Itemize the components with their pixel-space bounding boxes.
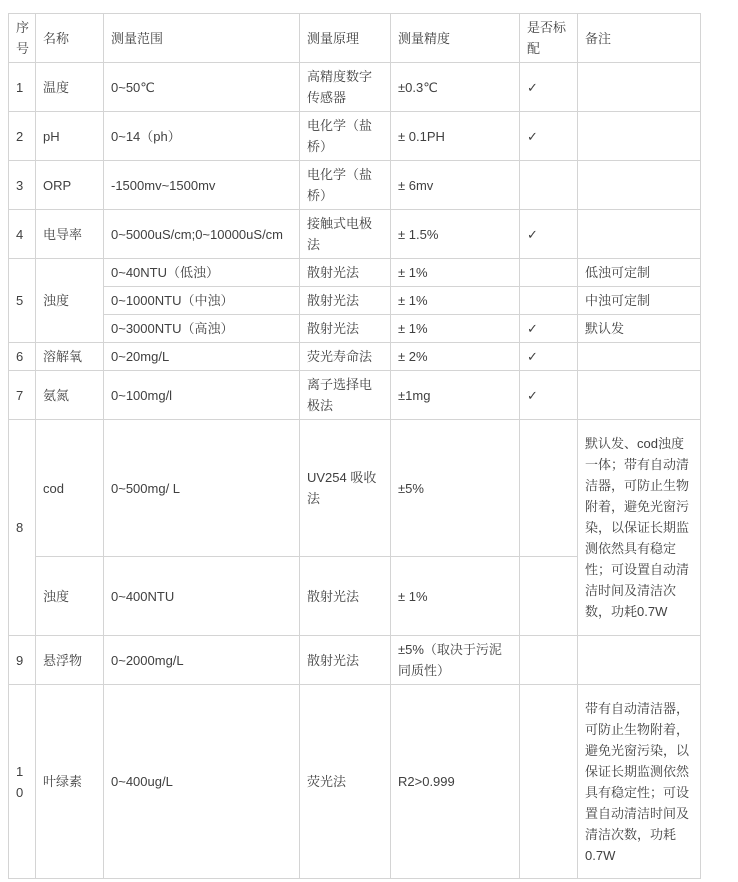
table-row: 9 悬浮物 0~2000mg/L 散射光法 ±5%（取决于污泥同质性） bbox=[9, 636, 701, 685]
document-page: 序号 名称 测量范围 测量原理 测量精度 是否标配 备注 1 温度 0~50℃ … bbox=[0, 0, 738, 882]
principle-cell: 散射光法 bbox=[300, 315, 391, 343]
remark-cell: 默认发 bbox=[578, 315, 701, 343]
header-seq: 序号 bbox=[9, 14, 36, 63]
principle-cell: 电化学（盐桥） bbox=[300, 112, 391, 161]
seq-cell: 7 bbox=[9, 371, 36, 420]
range-cell: 0~1000NTU（中浊） bbox=[104, 287, 300, 315]
header-remark: 备注 bbox=[578, 14, 701, 63]
sensor-spec-table: 序号 名称 测量范围 测量原理 测量精度 是否标配 备注 1 温度 0~50℃ … bbox=[8, 13, 701, 879]
remark-cell bbox=[578, 636, 701, 685]
remark-cell: 低浊可定制 bbox=[578, 259, 701, 287]
table-row: 4 电导率 0~5000uS/cm;0~10000uS/cm 接触式电极法 ± … bbox=[9, 210, 701, 259]
name-cell: 溶解氧 bbox=[36, 343, 104, 371]
remark-cell: 默认发、cod浊度一体；带有自动清洁器，可防止生物附着，避免光窗污染，以保证长期… bbox=[578, 420, 701, 636]
standard-check-cell: ✓ bbox=[520, 63, 578, 112]
remark-cell bbox=[578, 63, 701, 112]
standard-check-cell bbox=[520, 259, 578, 287]
seq-cell: 6 bbox=[9, 343, 36, 371]
table-row: 1 温度 0~50℃ 高精度数字传感器 ±0.3℃ ✓ bbox=[9, 63, 701, 112]
table-row: 3 ORP -1500mv~1500mv 电化学（盐桥） ± 6mv bbox=[9, 161, 701, 210]
range-cell: 0~5000uS/cm;0~10000uS/cm bbox=[104, 210, 300, 259]
seq-cell: 8 bbox=[9, 420, 36, 636]
remark-cell bbox=[578, 371, 701, 420]
accuracy-cell: R2>0.999 bbox=[391, 685, 520, 879]
table-row: 10 叶绿素 0~400ug/L 荧光法 R2>0.999 带有自动清洁器，可防… bbox=[9, 685, 701, 879]
table-row: 0~1000NTU（中浊） 散射光法 ± 1% 中浊可定制 bbox=[9, 287, 701, 315]
name-cell: cod bbox=[36, 420, 104, 557]
principle-cell: 散射光法 bbox=[300, 287, 391, 315]
header-principle: 测量原理 bbox=[300, 14, 391, 63]
header-name: 名称 bbox=[36, 14, 104, 63]
principle-cell: 电化学（盐桥） bbox=[300, 161, 391, 210]
principle-cell: 散射光法 bbox=[300, 259, 391, 287]
range-cell: 0~14（ph） bbox=[104, 112, 300, 161]
remark-cell: 带有自动清洁器，可防止生物附着，避免光窗污染，以保证长期监测依然具有稳定性；可设… bbox=[578, 685, 701, 879]
name-cell: 氨氮 bbox=[36, 371, 104, 420]
header-standard: 是否标配 bbox=[520, 14, 578, 63]
name-cell: 浊度 bbox=[36, 557, 104, 636]
standard-check-cell bbox=[520, 161, 578, 210]
range-cell: 0~40NTU（低浊） bbox=[104, 259, 300, 287]
standard-check-cell bbox=[520, 420, 578, 557]
header-accuracy: 测量精度 bbox=[391, 14, 520, 63]
table-row: 5 浊度 0~40NTU（低浊） 散射光法 ± 1% 低浊可定制 bbox=[9, 259, 701, 287]
remark-cell bbox=[578, 112, 701, 161]
table-row: 0~3000NTU（高浊） 散射光法 ± 1% ✓ 默认发 bbox=[9, 315, 701, 343]
accuracy-cell: ±5%（取决于污泥同质性） bbox=[391, 636, 520, 685]
seq-cell: 5 bbox=[9, 259, 36, 343]
name-cell: ORP bbox=[36, 161, 104, 210]
standard-check-cell bbox=[520, 557, 578, 636]
table-row: 7 氨氮 0~100mg/l 离子选择电极法 ±1mg ✓ bbox=[9, 371, 701, 420]
accuracy-cell: ± 1% bbox=[391, 557, 520, 636]
range-cell: 0~20mg/L bbox=[104, 343, 300, 371]
accuracy-cell: ±0.3℃ bbox=[391, 63, 520, 112]
principle-cell: 散射光法 bbox=[300, 557, 391, 636]
standard-check-cell: ✓ bbox=[520, 343, 578, 371]
remark-cell: 中浊可定制 bbox=[578, 287, 701, 315]
standard-check-cell: ✓ bbox=[520, 315, 578, 343]
table-row: 8 cod 0~500mg/ L UV254 吸收法 ±5% 默认发、cod浊度… bbox=[9, 420, 701, 557]
name-cell: 悬浮物 bbox=[36, 636, 104, 685]
accuracy-cell: ± 1% bbox=[391, 315, 520, 343]
standard-check-cell bbox=[520, 636, 578, 685]
principle-cell: 荧光寿命法 bbox=[300, 343, 391, 371]
range-cell: -1500mv~1500mv bbox=[104, 161, 300, 210]
header-range: 测量范围 bbox=[104, 14, 300, 63]
name-cell: 电导率 bbox=[36, 210, 104, 259]
seq-cell: 2 bbox=[9, 112, 36, 161]
accuracy-cell: ± 1% bbox=[391, 287, 520, 315]
standard-check-cell: ✓ bbox=[520, 112, 578, 161]
principle-cell: UV254 吸收法 bbox=[300, 420, 391, 557]
seq-cell: 10 bbox=[9, 685, 36, 879]
seq-cell: 1 bbox=[9, 63, 36, 112]
range-cell: 0~100mg/l bbox=[104, 371, 300, 420]
accuracy-cell: ± 6mv bbox=[391, 161, 520, 210]
range-cell: 0~400NTU bbox=[104, 557, 300, 636]
seq-cell: 3 bbox=[9, 161, 36, 210]
principle-cell: 接触式电极法 bbox=[300, 210, 391, 259]
standard-check-cell: ✓ bbox=[520, 210, 578, 259]
accuracy-cell: ±5% bbox=[391, 420, 520, 557]
accuracy-cell: ± 0.1PH bbox=[391, 112, 520, 161]
principle-cell: 离子选择电极法 bbox=[300, 371, 391, 420]
accuracy-cell: ± 1.5% bbox=[391, 210, 520, 259]
standard-check-cell bbox=[520, 685, 578, 879]
range-cell: 0~3000NTU（高浊） bbox=[104, 315, 300, 343]
seq-cell: 4 bbox=[9, 210, 36, 259]
range-cell: 0~400ug/L bbox=[104, 685, 300, 879]
name-cell: 浊度 bbox=[36, 259, 104, 343]
principle-cell: 荧光法 bbox=[300, 685, 391, 879]
remark-cell bbox=[578, 161, 701, 210]
table-row: 6 溶解氧 0~20mg/L 荧光寿命法 ± 2% ✓ bbox=[9, 343, 701, 371]
name-cell: 叶绿素 bbox=[36, 685, 104, 879]
range-cell: 0~50℃ bbox=[104, 63, 300, 112]
name-cell: pH bbox=[36, 112, 104, 161]
accuracy-cell: ±1mg bbox=[391, 371, 520, 420]
range-cell: 0~2000mg/L bbox=[104, 636, 300, 685]
table-header-row: 序号 名称 测量范围 测量原理 测量精度 是否标配 备注 bbox=[9, 14, 701, 63]
remark-cell bbox=[578, 343, 701, 371]
standard-check-cell bbox=[520, 287, 578, 315]
accuracy-cell: ± 2% bbox=[391, 343, 520, 371]
standard-check-cell: ✓ bbox=[520, 371, 578, 420]
accuracy-cell: ± 1% bbox=[391, 259, 520, 287]
table-row: 2 pH 0~14（ph） 电化学（盐桥） ± 0.1PH ✓ bbox=[9, 112, 701, 161]
principle-cell: 散射光法 bbox=[300, 636, 391, 685]
seq-cell: 9 bbox=[9, 636, 36, 685]
name-cell: 温度 bbox=[36, 63, 104, 112]
principle-cell: 高精度数字传感器 bbox=[300, 63, 391, 112]
range-cell: 0~500mg/ L bbox=[104, 420, 300, 557]
remark-cell bbox=[578, 210, 701, 259]
